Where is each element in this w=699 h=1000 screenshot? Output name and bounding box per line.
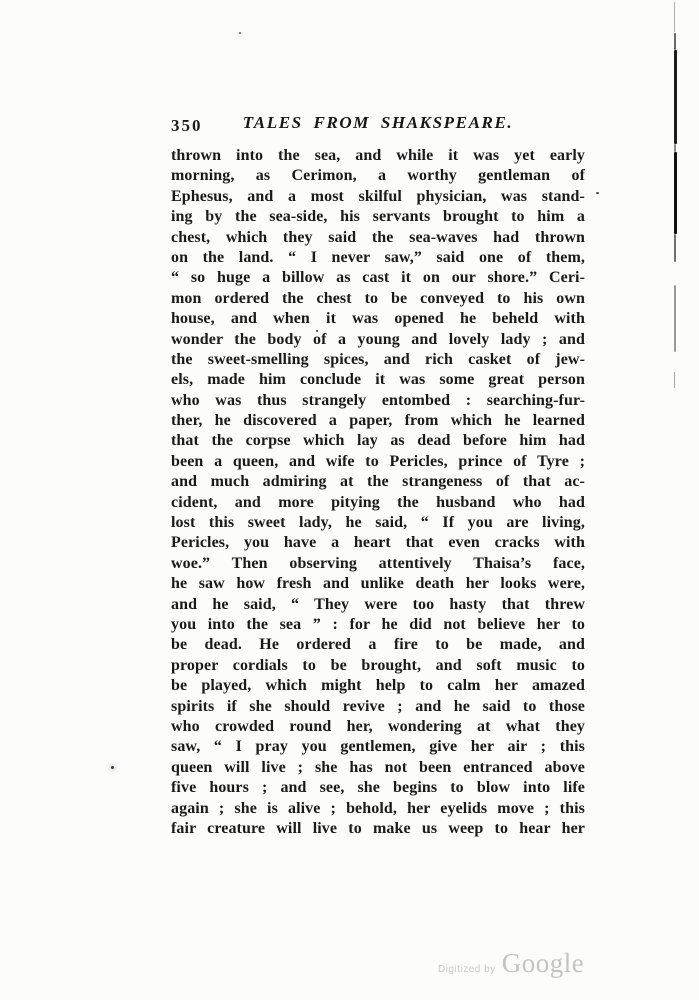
body-line: you into the sea ” : for he did not beli… (171, 615, 585, 635)
body-line: woe.” Then observing attentively Thaisa’… (171, 554, 585, 574)
body-line: proper cordials to be brought, and soft … (171, 656, 585, 676)
watermark-prefix: Digitized by (438, 964, 496, 975)
body-line: mon ordered the chest to be conveyed to … (171, 289, 585, 309)
running-title: TALES FROM SHAKSPEARE. (171, 113, 585, 133)
gutter-shadow-segment (674, 285, 676, 352)
body-line: els, made him conclude it was some great… (171, 370, 585, 390)
gutter-shadow-segment (674, 50, 677, 144)
body-line: be played, which might help to calm her … (171, 676, 585, 696)
page-header: 350 TALES FROM SHAKSPEARE. (171, 113, 585, 141)
body-line: wonder the body of a young and lovely la… (171, 330, 585, 350)
body-line: ther, he discovered a paper, from which … (171, 411, 585, 431)
body-line: queen will live ; she has not been entra… (171, 758, 585, 778)
body-line: who was thus strangely entombed : search… (171, 391, 585, 411)
body-line: who crowded round her, wondering at what… (171, 717, 585, 737)
body-line: “ so huge a billow as cast it on our sho… (171, 268, 585, 288)
body-line: morning, as Cerimon, a worthy gentleman … (171, 166, 585, 186)
body-line: again ; she is alive ; behold, her eyeli… (171, 799, 585, 819)
digitized-watermark: Digitized by Google (438, 948, 584, 979)
body-line: been a queen, and wife to Pericles, prin… (171, 452, 585, 472)
gutter-shadow-segment (674, 152, 677, 234)
body-line: five hours ; and see, she begins to blow… (171, 778, 585, 798)
body-line: that the corpse which lay as dead before… (171, 431, 585, 451)
gutter-shadow-segment (674, 372, 675, 388)
body-line: chest, which they said the sea-waves had… (171, 228, 585, 248)
body-line: be dead. He ordered a fire to be made, a… (171, 635, 585, 655)
gutter-shadow-segment (674, 144, 676, 152)
body-line: and much admiring at the strangeness of … (171, 472, 585, 492)
body-line: ing by the sea-side, his servants brough… (171, 207, 585, 227)
body-line: on the land. “ I never saw,” said one of… (171, 248, 585, 268)
gutter-shadow-segment (674, 234, 676, 262)
body-line: cident, and more pitying the husband who… (171, 493, 585, 513)
gutter-shadow-segment (674, 33, 676, 50)
body-line: the sweet-smelling spices, and rich cask… (171, 350, 585, 370)
body-line: lost this sweet lady, he said, “ If you … (171, 513, 585, 533)
body-line: Pericles, you have a heart that even cra… (171, 533, 585, 553)
body-text: thrown into the sea, and while it was ye… (171, 146, 585, 839)
ink-speck (239, 32, 241, 34)
gutter-shadow-segment (674, 2, 675, 32)
body-line: Ephesus, and a most skilful physician, w… (171, 187, 585, 207)
ink-speck (316, 330, 318, 332)
google-logo: Google (502, 948, 584, 979)
body-line: and he said, “ They were too hasty that … (171, 595, 585, 615)
body-line: thrown into the sea, and while it was ye… (171, 146, 585, 166)
body-line: saw, “ I pray you gentlemen, give her ai… (171, 737, 585, 757)
body-line: fair creature will live to make us weep … (171, 819, 585, 839)
scanned-book-page: 350 TALES FROM SHAKSPEARE. thrown into t… (0, 0, 699, 1000)
ink-speck (111, 766, 114, 769)
body-line: house, and when it was opened he beheld … (171, 309, 585, 329)
page-number: 350 (171, 116, 203, 136)
ink-speck (596, 192, 599, 194)
body-line: spirits if she should revive ; and he sa… (171, 697, 585, 717)
body-line: he saw how fresh and unlike death her lo… (171, 574, 585, 594)
